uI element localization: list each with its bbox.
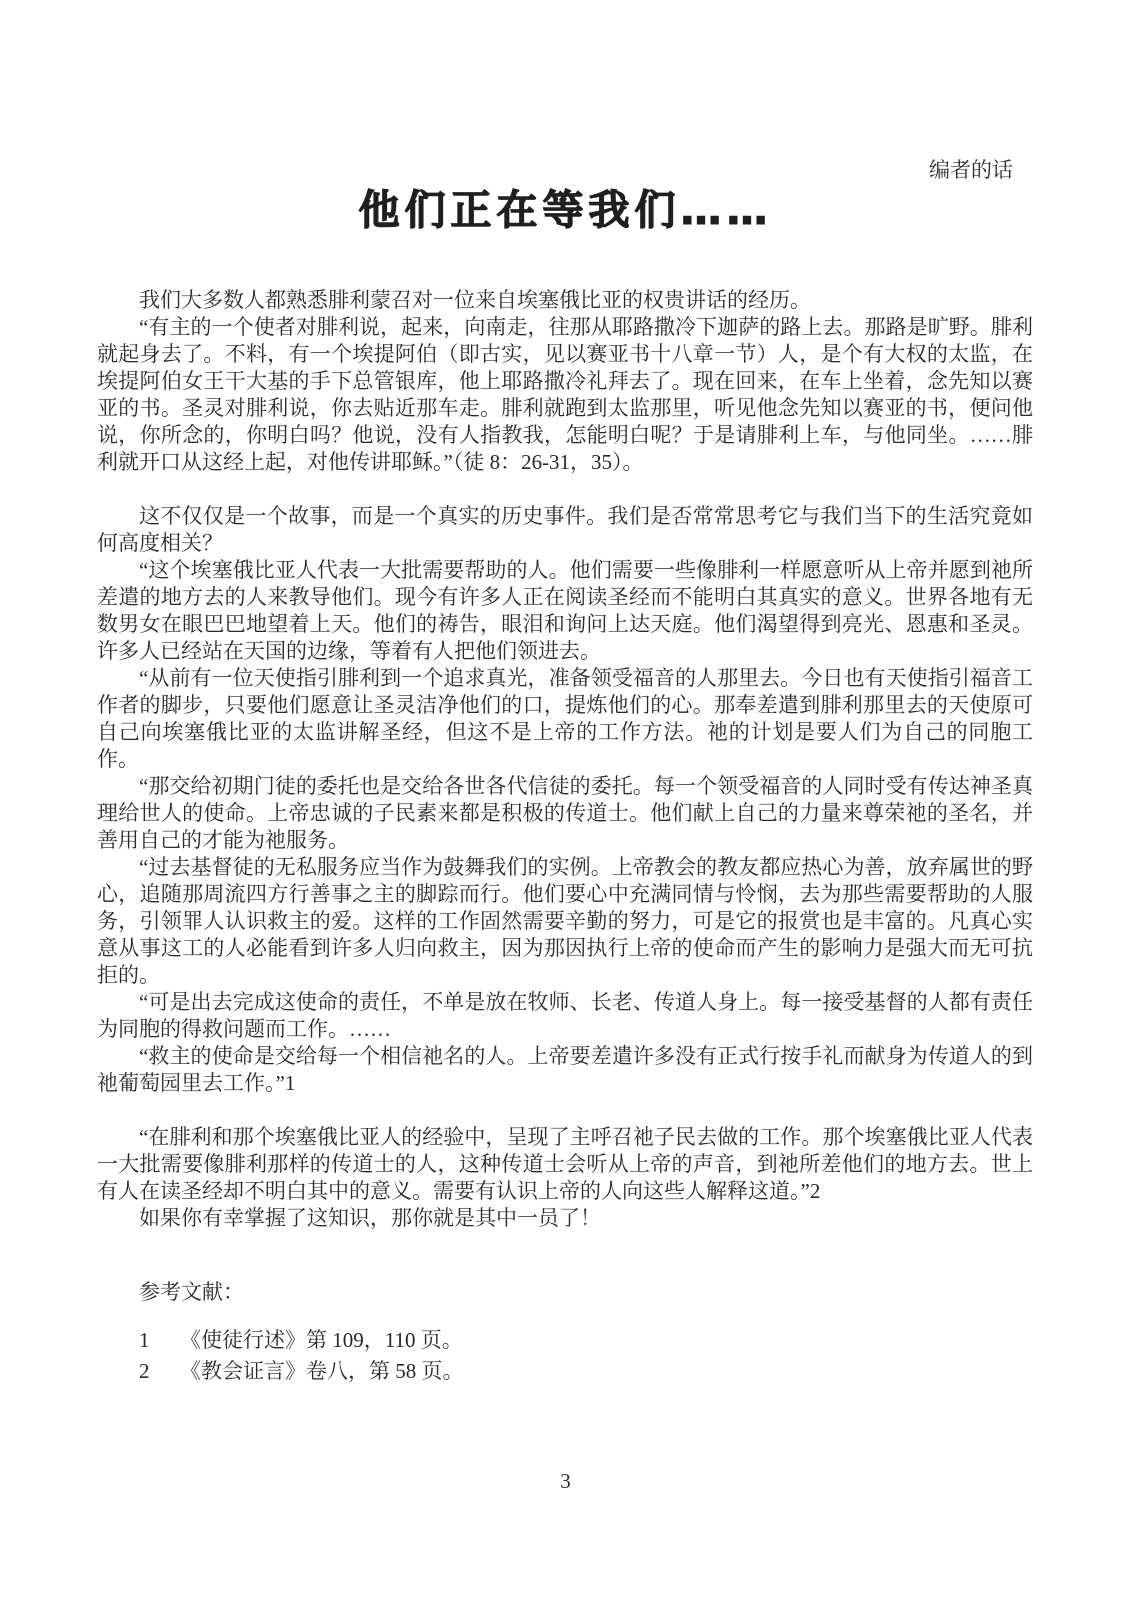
paragraph: 如果你有幸掌握了这知识，那你就是其中一员了！ xyxy=(97,1205,1033,1232)
body-text: 我们大多数人都熟悉腓利蒙召对一位来自埃塞俄比亚的权贵讲话的经历。“有主的一个使者… xyxy=(97,287,1033,1387)
paragraph: “这个埃塞俄比亚人代表一大批需要帮助的人。他们需要一些像腓利一样愿意听从上帝并愿… xyxy=(97,557,1033,665)
paragraph: “救主的使命是交给每一个相信祂名的人。上帝要差遣许多没有正式行按手礼而献身为传道… xyxy=(97,1043,1033,1097)
reference-item: 2《教会证言》卷八，第 58 页。 xyxy=(97,1356,1033,1387)
reference-item: 1《使徒行述》第 109，110 页。 xyxy=(97,1325,1033,1356)
paragraph: “可是出去完成这使命的责任，不单是放在牧师、长老、传道人身上。每一接受基督的人都… xyxy=(97,989,1033,1043)
references-list: 1《使徒行述》第 109，110 页。2《教会证言》卷八，第 58 页。 xyxy=(97,1325,1033,1387)
references-heading: 参考文献： xyxy=(97,1279,1033,1306)
reference-text: 《教会证言》卷八，第 58 页。 xyxy=(180,1359,464,1383)
page-title: 他们正在等我们…… xyxy=(0,184,1131,236)
reference-number: 1 xyxy=(139,1325,180,1356)
page-number: 3 xyxy=(0,1468,1131,1495)
running-header: 编者的话 xyxy=(929,157,1013,184)
reference-text: 《使徒行述》第 109，110 页。 xyxy=(180,1328,463,1352)
reference-number: 2 xyxy=(139,1356,180,1387)
paragraph: “那交给初期门徒的委托也是交给各世各代信徒的委托。每一个领受福音的人同时受有传达… xyxy=(97,773,1033,854)
document-page: 编者的话 他们正在等我们…… 我们大多数人都熟悉腓利蒙召对一位来自埃塞俄比亚的权… xyxy=(0,0,1131,1600)
paragraph: 这不仅仅是一个故事，而是一个真实的历史事件。我们是否常常思考它与我们当下的生活究… xyxy=(97,503,1033,557)
paragraph: “过去基督徒的无私服务应当作为鼓舞我们的实例。上帝教会的教友都应热心为善，放弃属… xyxy=(97,854,1033,989)
paragraph: 我们大多数人都熟悉腓利蒙召对一位来自埃塞俄比亚的权贵讲话的经历。 xyxy=(97,287,1033,314)
paragraph: “有主的一个使者对腓利说，起来，向南走，往那从耶路撒冷下迦萨的路上去。那路是旷野… xyxy=(97,314,1033,476)
paragraph-container: 我们大多数人都熟悉腓利蒙召对一位来自埃塞俄比亚的权贵讲话的经历。“有主的一个使者… xyxy=(97,287,1033,1232)
paragraph: “从前有一位天使指引腓利到一个追求真光，准备领受福音的人那里去。今日也有天使指引… xyxy=(97,665,1033,773)
references-section: 参考文献： 1《使徒行述》第 109，110 页。2《教会证言》卷八，第 58 … xyxy=(97,1279,1033,1387)
paragraph: “在腓利和那个埃塞俄比亚人的经验中，呈现了主呼召祂子民去做的工作。那个埃塞俄比亚… xyxy=(97,1124,1033,1205)
